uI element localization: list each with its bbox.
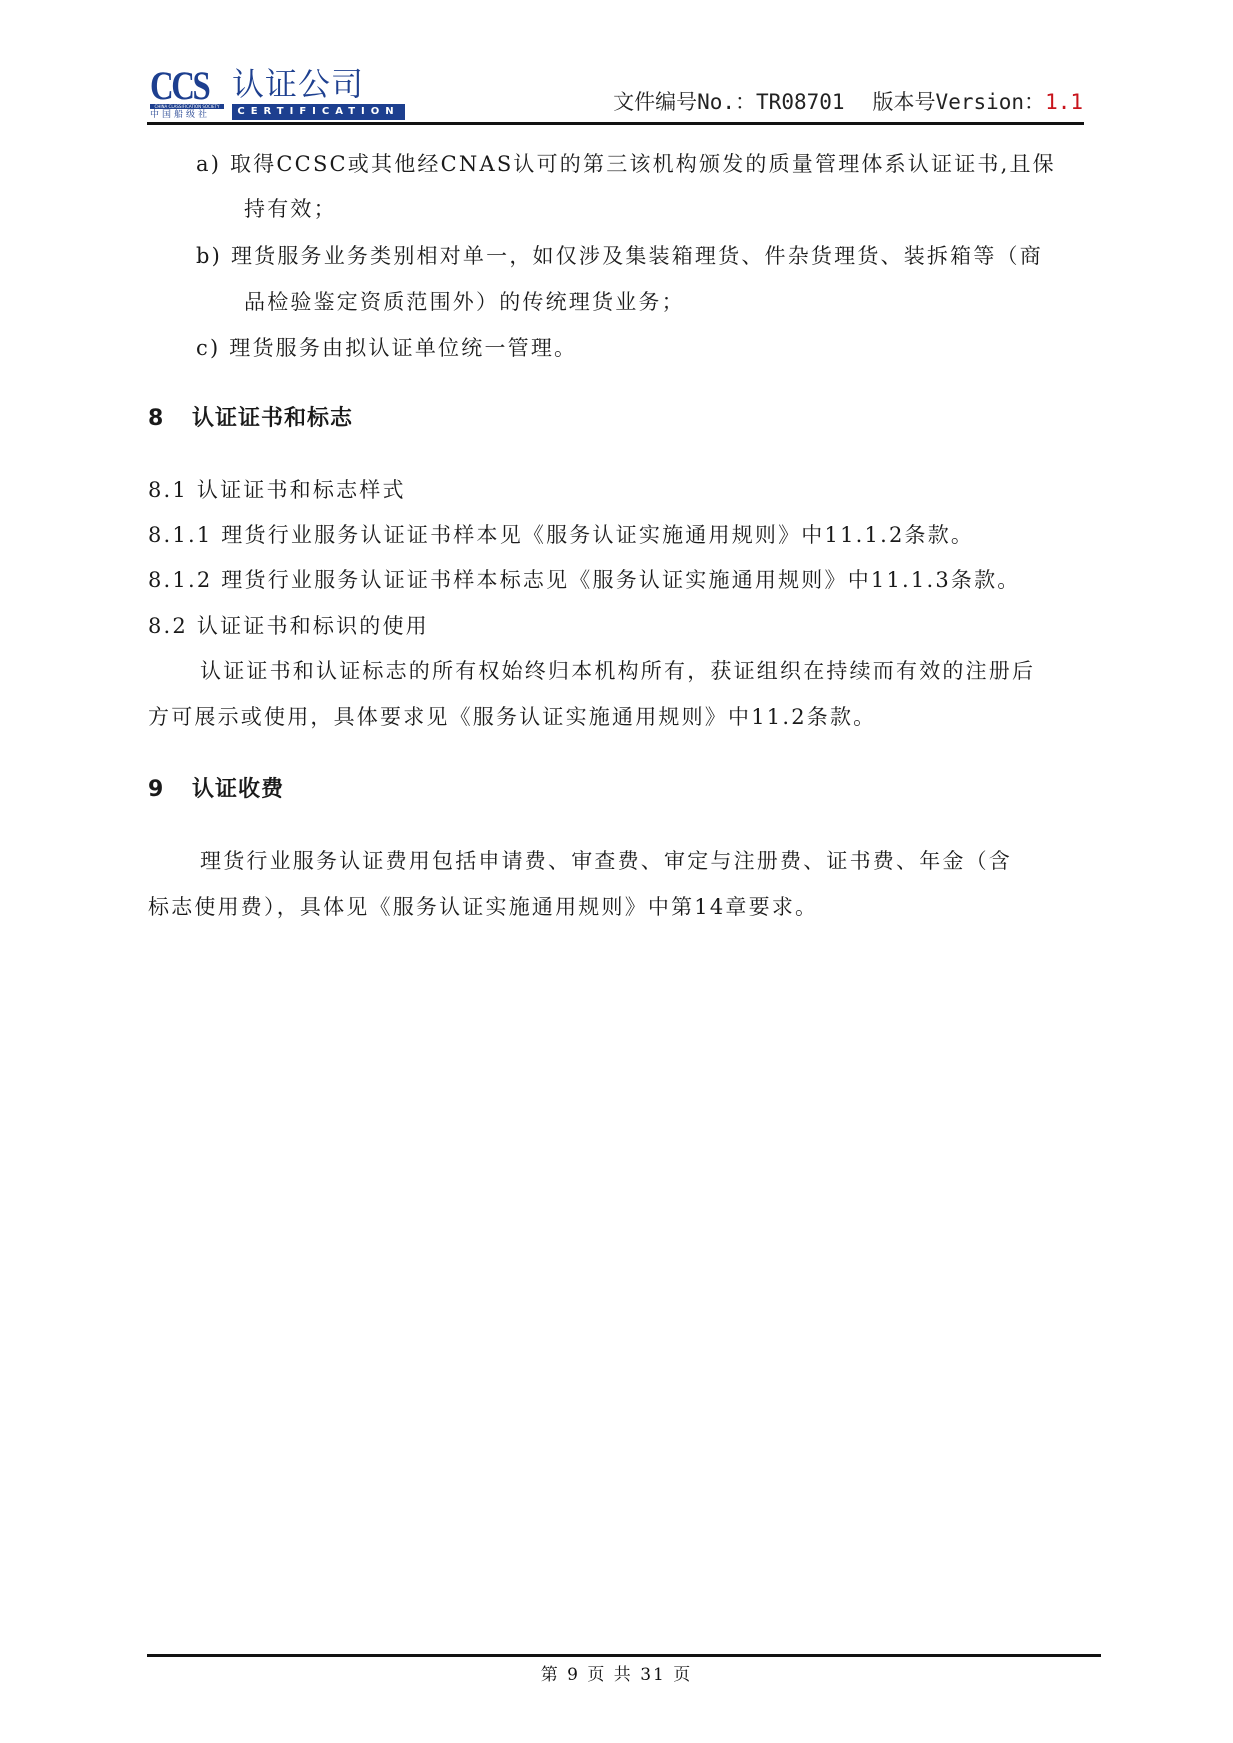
list-marker: c) (196, 336, 220, 360)
section-heading-9: 9认证收费 (148, 776, 284, 804)
doc-number-label: 文件编号No.： (613, 90, 756, 114)
list-marker: b) (196, 244, 222, 268)
section-number: 9 (148, 776, 192, 804)
list-marker: a) (196, 152, 221, 176)
clause-8-1-1: 8.1.1 理货行业服务认证证书样本见《服务认证实施通用规则》中11.1.2条款… (148, 521, 974, 549)
paragraph-8-2-line2: 方可展示或使用，具体要求见《服务认证实施通用规则》中11.2条款。 (148, 703, 876, 731)
list-text: 取得CCSC或其他经CNAS认可的第三该机构颁发的质量管理体系认证证书,且保 (230, 152, 1056, 176)
list-item-b-continuation: 品检验鉴定资质范围外）的传统理货业务； (244, 288, 685, 316)
list-item-a: a) 取得CCSC或其他经CNAS认可的第三该机构颁发的质量管理体系认证证书,且… (196, 150, 1056, 178)
logo-company-name: 认证公司 (232, 66, 364, 102)
section-title: 认证收费 (192, 777, 284, 802)
list-item-c: c) 理货服务由拟认证单位统一管理。 (196, 334, 577, 362)
header-divider (147, 122, 1084, 125)
section-number: 8 (148, 405, 192, 433)
clause-8-1-2: 8.1.2 理货行业服务认证证书样本标志见《服务认证实施通用规则》中11.1.3… (148, 566, 1021, 594)
doc-number: TR08701 (756, 90, 845, 114)
footer-divider (147, 1654, 1101, 1657)
paragraph-8-2-line1: 认证证书和认证标志的所有权始终归本机构所有，获证组织在持续而有效的注册后 (200, 657, 1035, 685)
ccs-certification-logo: CCS 认证公司 CHINA CLASSIFICATION SOCIETY 中国… (150, 66, 405, 120)
page-number: 第 9 页 共 31 页 (0, 1664, 1233, 1686)
paragraph-9-line1: 理货行业服务认证费用包括申请费、审查费、审定与注册费、证书费、年金（含 (200, 847, 1012, 875)
logo-society-cn: 中国船级社 (150, 110, 210, 120)
logo-abbr: CCS (150, 66, 208, 106)
list-text: 理货服务由拟认证单位统一管理。 (229, 336, 577, 360)
logo-society-en: CHINA CLASSIFICATION SOCIETY (150, 104, 224, 109)
paragraph-9-line2: 标志使用费），具体见《服务认证实施通用规则》中第14章要求。 (148, 893, 818, 921)
version-value: 1.1 (1045, 90, 1083, 114)
subsection-8-2: 8.2 认证证书和标识的使用 (148, 612, 429, 640)
logo-certification-bar: CERTIFICATION (232, 104, 405, 120)
list-item-b: b) 理货服务业务类别相对单一，如仅涉及集装箱理货、件杂货理货、装拆箱等（商 (196, 242, 1043, 270)
list-item-a-continuation: 持有效； (244, 195, 337, 223)
section-title: 认证证书和标志 (192, 406, 353, 431)
version-label: 版本号Version： (873, 90, 1046, 114)
document-meta: 文件编号No.：TR08701版本号Version：1.1 (613, 88, 1083, 116)
subsection-8-1: 8.1 认证证书和标志样式 (148, 476, 406, 504)
section-heading-8: 8认证证书和标志 (148, 405, 353, 433)
list-text: 理货服务业务类别相对单一，如仅涉及集装箱理货、件杂货理货、装拆箱等（商 (231, 244, 1043, 268)
